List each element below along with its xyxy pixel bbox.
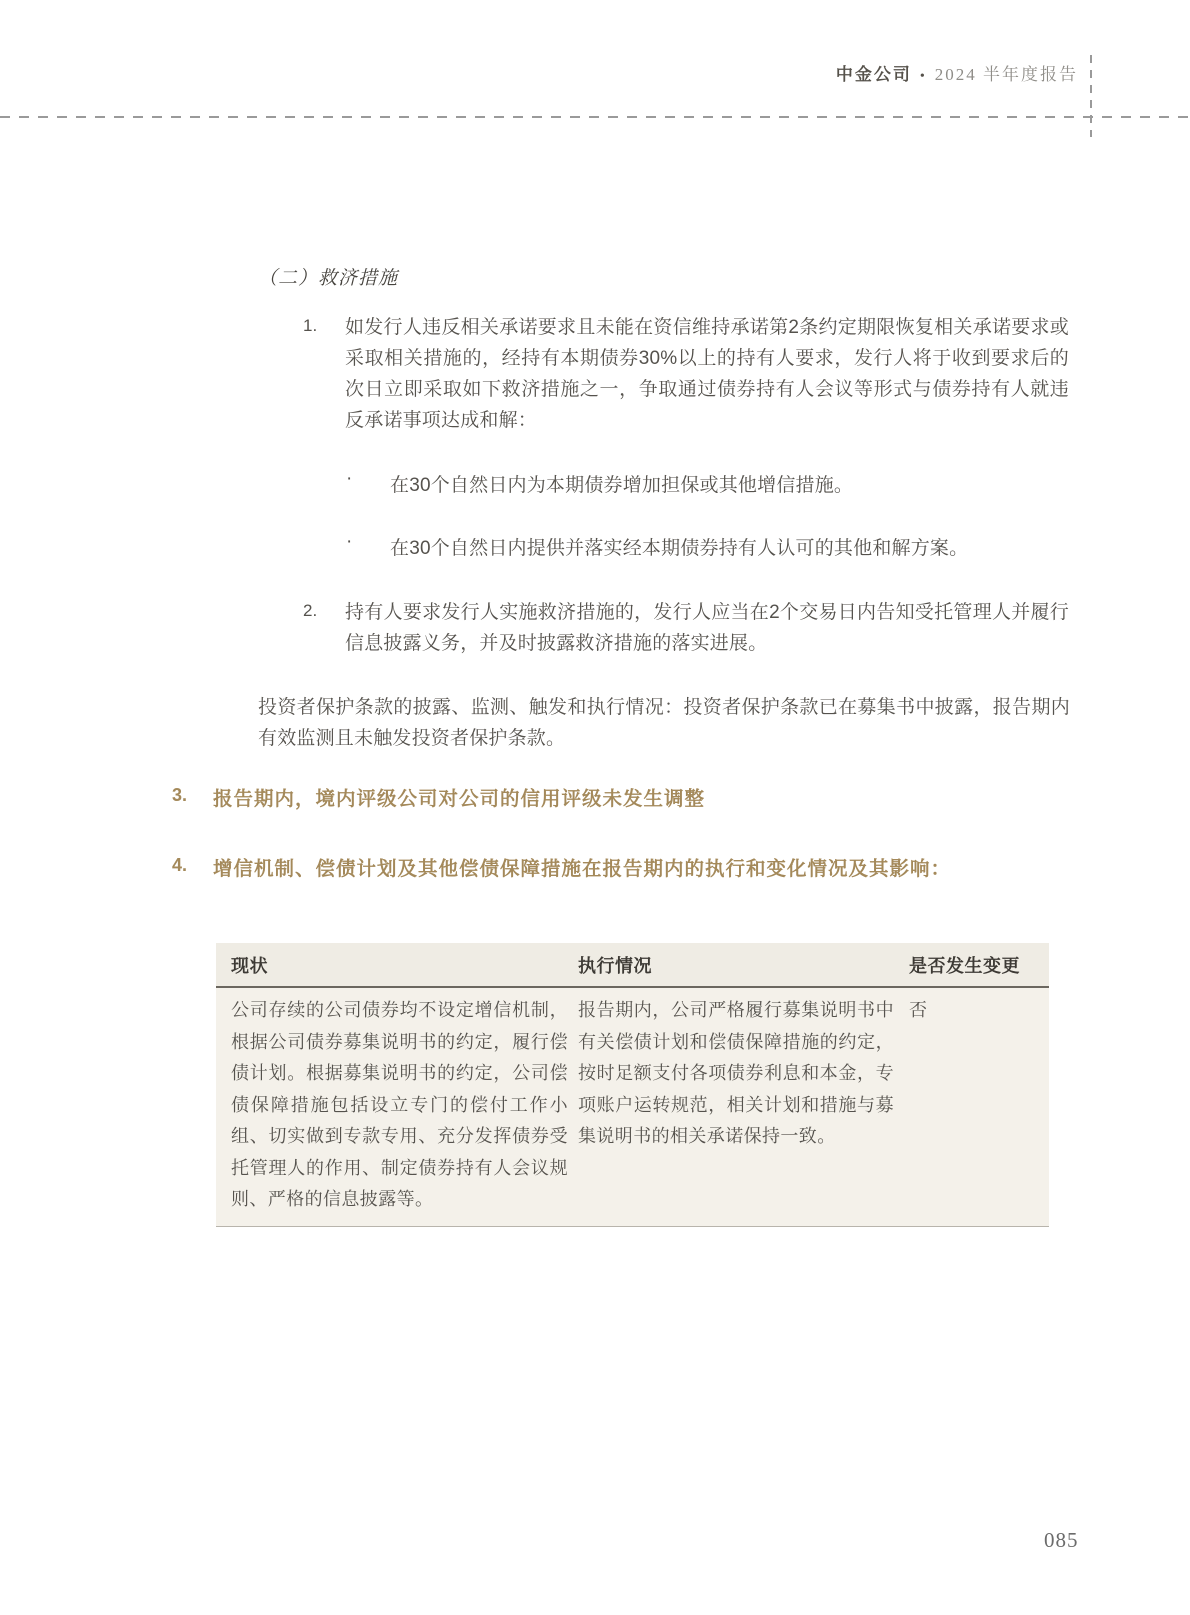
page-number: 085: [1044, 1528, 1079, 1553]
bullet-item-2: 在30个自然日内提供并落实经本期债券持有人认可的其他和解方案。: [390, 533, 1070, 560]
investor-protection-paragraph: 投资者保护条款的披露、监测、触发和执行情况：投资者保护条款已在募集书中披露，报告…: [258, 692, 1070, 754]
heading-3-title: 报告期内，境内评级公司对公司的信用评级未发生调整: [213, 783, 705, 811]
company-name: 中金公司: [836, 65, 912, 84]
list-item-2-text: 持有人要求发行人实施救济措施的，发行人应当在2个交易日内告知受托管理人并履行信息…: [345, 597, 1069, 659]
bullet-icon: ·: [346, 468, 352, 490]
report-title: 2024 半年度报告: [935, 65, 1078, 84]
list-number-2: 2.: [303, 601, 317, 621]
heading-4-title: 增信机制、偿债计划及其他偿债保障措施在报告期内的执行和变化情况及其影响：: [213, 853, 951, 881]
report-page: 中金公司•2024 半年度报告 （二）救济措施 1. 如发行人违反相关承诺要求且…: [0, 0, 1190, 1615]
column-header-change: 是否发生变更: [898, 943, 1049, 987]
cell-change: 否: [898, 987, 1049, 1226]
bullet-item-1: 在30个自然日内为本期债券增加担保或其他增信措施。: [390, 470, 1070, 497]
list-number-1: 1.: [303, 316, 317, 336]
heading-4-number: 4.: [172, 855, 187, 876]
heading-3-number: 3.: [172, 785, 187, 806]
bond-measures-table: 现状 执行情况 是否发生变更 公司存续的公司债券均不设定增信机制，根据公司债券募…: [216, 943, 1049, 1227]
table-header-row: 现状 执行情况 是否发生变更: [216, 943, 1049, 987]
cell-execution: 报告期内，公司严格履行募集说明书中有关偿债计划和偿债保障措施的约定，按时足额支付…: [568, 987, 898, 1226]
column-header-status: 现状: [216, 943, 568, 987]
column-header-execution: 执行情况: [568, 943, 898, 987]
table-row: 公司存续的公司债券均不设定增信机制，根据公司债券募集说明书的约定，履行偿债计划。…: [216, 987, 1049, 1226]
list-item-1-text: 如发行人违反相关承诺要求且未能在资信维持承诺第2条约定期限恢复相关承诺要求或采取…: [345, 312, 1069, 436]
header-bullet-separator: •: [920, 69, 927, 84]
bullet-icon: ·: [346, 531, 352, 553]
cell-status: 公司存续的公司债券均不设定增信机制，根据公司债券募集说明书的约定，履行偿债计划。…: [216, 987, 568, 1226]
section-title: （二）救济措施: [258, 263, 398, 290]
vertical-dashed-rule: [1090, 55, 1092, 137]
horizontal-dashed-rule: [0, 116, 1190, 118]
running-header: 中金公司•2024 半年度报告: [836, 60, 1078, 85]
